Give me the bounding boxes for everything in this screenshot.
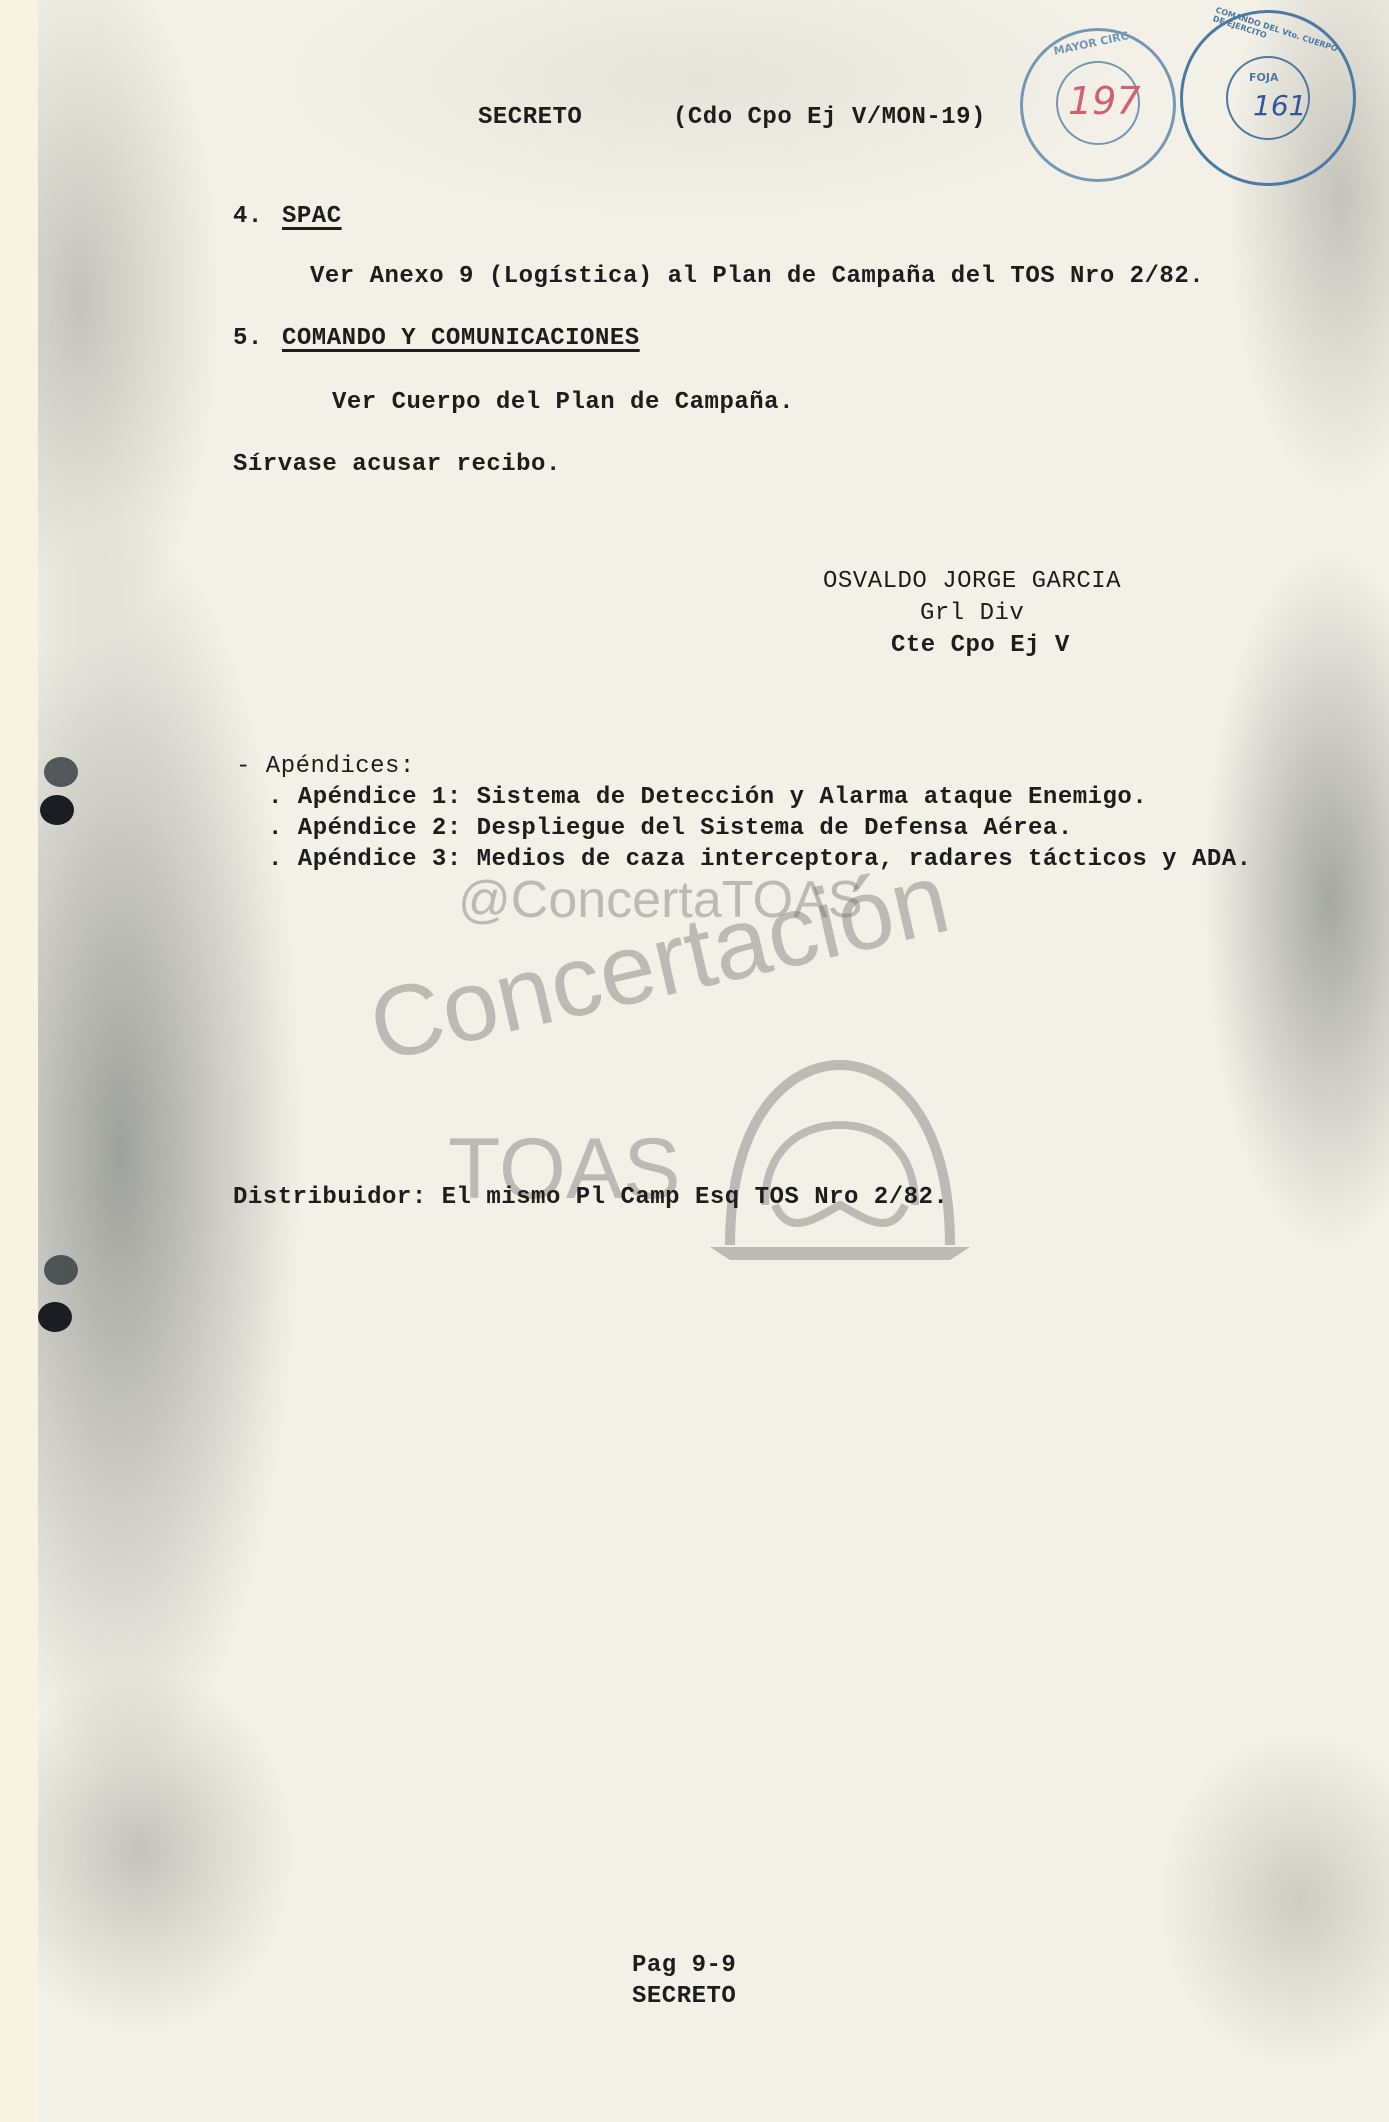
stamp-number: 197	[1068, 79, 1141, 123]
header-reference: (Cdo Cpo Ej V/MON-19)	[673, 104, 986, 131]
binder-hole	[44, 757, 78, 787]
signature-name: OSVALDO JORGE GARCIA	[823, 568, 1121, 595]
binder-hole	[40, 795, 74, 825]
stamp-ring-text: MAYOR CIRC	[1052, 29, 1129, 58]
section-5-title: COMANDO Y COMUNICACIONES	[282, 325, 640, 352]
section-4-body: Ver Anexo 9 (Logística) al Plan de Campa…	[310, 263, 1204, 290]
section-4-number: 4.	[233, 203, 263, 230]
section-4-title: SPAC	[282, 203, 342, 230]
closing-line: Sírvase acusar recibo.	[233, 451, 561, 478]
section-5-body: Ver Cuerpo del Plan de Campaña.	[332, 389, 794, 416]
registry-stamp: MAYOR CIRC 197	[1020, 28, 1176, 182]
binder-hole	[38, 1302, 72, 1332]
distribution-line: Distribuidor: El mismo Pl Camp Esq TOS N…	[233, 1184, 948, 1211]
footer-classification: SECRETO	[632, 1983, 736, 2010]
header-classification: SECRETO	[478, 104, 582, 131]
foja-stamp: COMANDO DEL Vto. CUERPO DE EJERCITO FOJA…	[1180, 10, 1356, 186]
stamp-number: 161	[1253, 89, 1306, 122]
section-5-number: 5.	[233, 325, 263, 352]
helmet-watermark-icon	[690, 1055, 990, 1265]
appendices-heading: - Apéndices:	[236, 753, 415, 780]
stamp-ring-text: COMANDO DEL Vto. CUERPO DE EJERCITO	[1212, 6, 1353, 67]
page-margin	[0, 0, 38, 2122]
signature-rank: Grl Div	[920, 600, 1024, 627]
binder-hole	[44, 1255, 78, 1285]
appendix-item: . Apéndice 3: Medios de caza interceptor…	[268, 846, 1252, 873]
signature-position: Cte Cpo Ej V	[891, 632, 1070, 659]
appendix-item: . Apéndice 1: Sistema de Detección y Ala…	[268, 784, 1147, 811]
scanned-document-page: SECRETO (Cdo Cpo Ej V/MON-19) MAYOR CIRC…	[0, 0, 1389, 2122]
stamp-label: FOJA	[1249, 71, 1278, 84]
appendix-item: . Apéndice 2: Despliegue del Sistema de …	[268, 815, 1073, 842]
footer-page-number: Pag 9-9	[632, 1952, 736, 1979]
